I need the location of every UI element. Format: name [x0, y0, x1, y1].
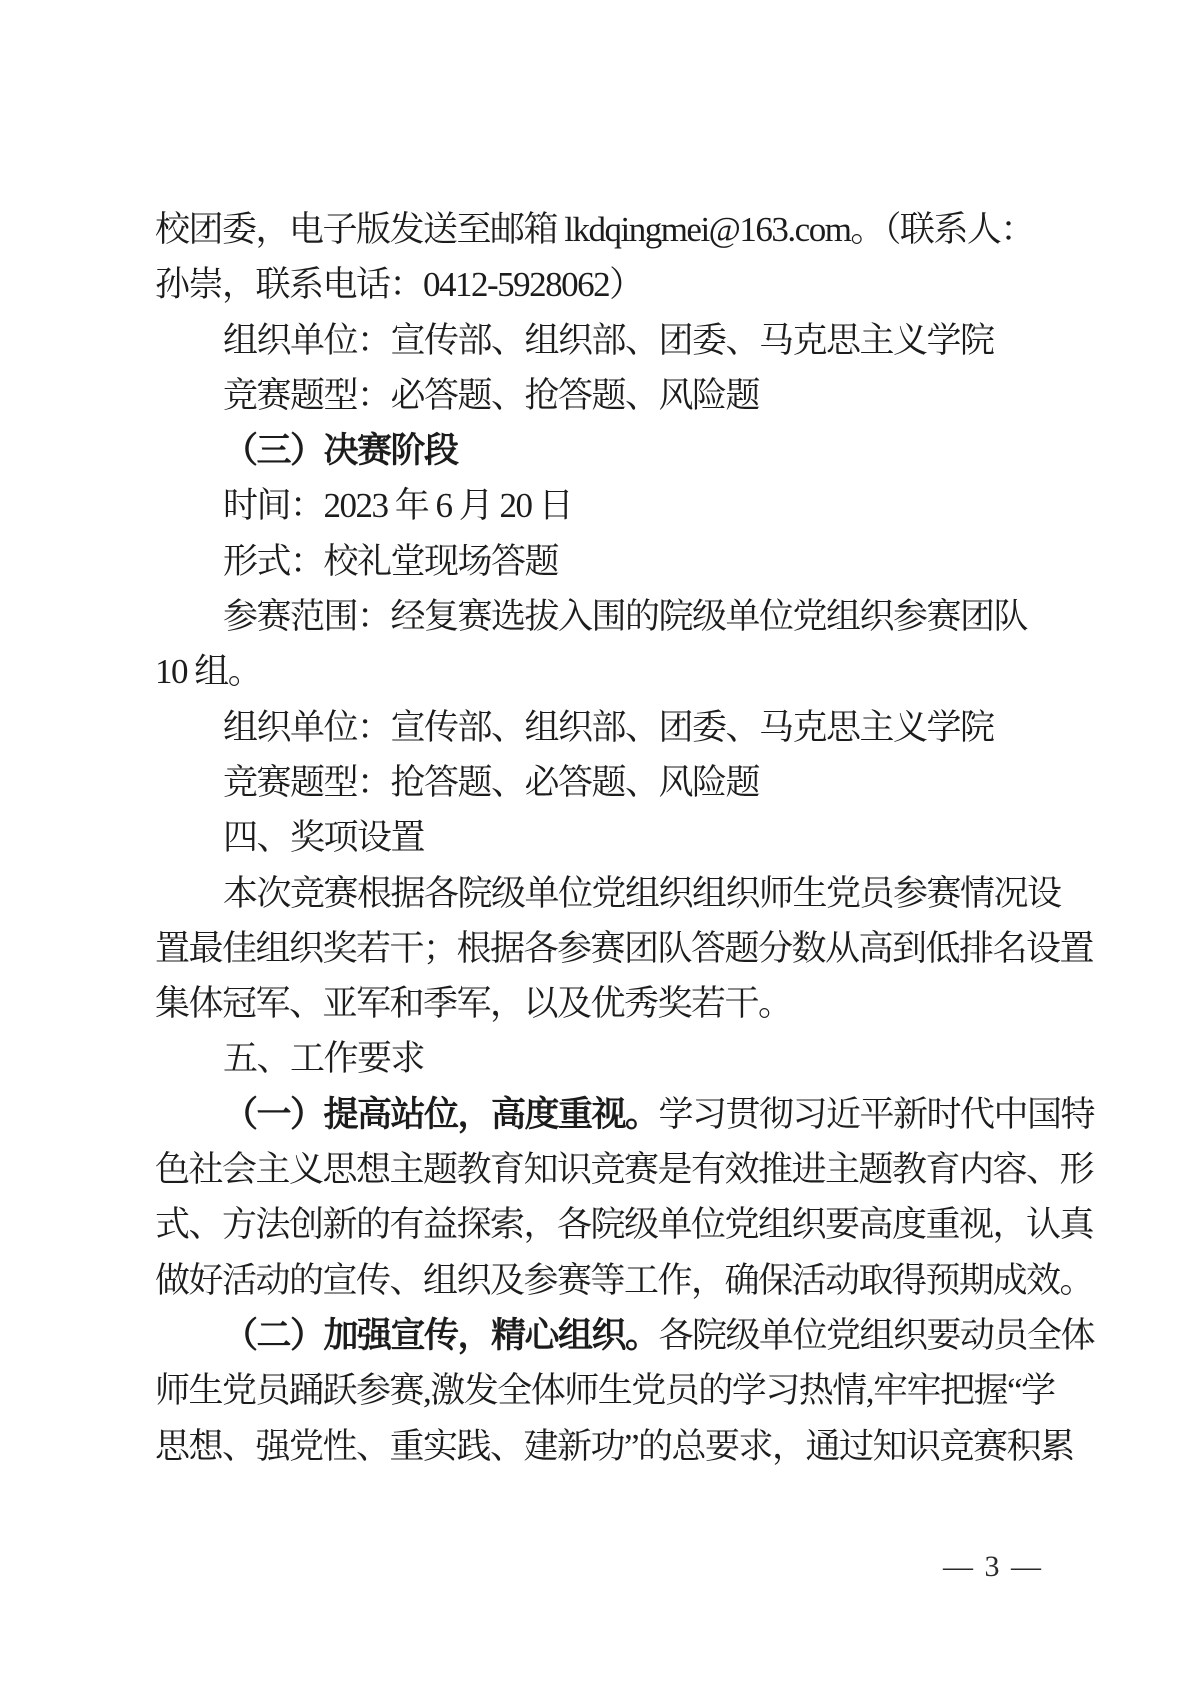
bold-heading: （二）加强宣传，精心组织。: [223, 1316, 659, 1355]
line-text: 参赛范围：经复赛选拔入围的院级单位党组织参赛团队: [223, 597, 1027, 636]
text-line: （三）决赛阶段: [155, 423, 1050, 478]
text-line: 式、方法创新的有益探索，各院级单位党组织要高度重视，认真: [155, 1197, 1050, 1252]
text-line: 集体冠军、亚军和季军，以及优秀奖若干。: [155, 976, 1050, 1031]
text-line: 竞赛题型：抢答题、必答题、风险题: [155, 755, 1050, 810]
line-text: 色社会主义思想主题教育知识竞赛是有效推进主题教育内容、形: [155, 1150, 1093, 1189]
line-text: 形式：校礼堂现场答题: [223, 542, 558, 581]
line-text: 孙崇，联系电话：0412-5928062）: [155, 265, 643, 304]
text-line: （一）提高站位，高度重视。学习贯彻习近平新时代中国特: [155, 1087, 1050, 1142]
text-line: 思想、强党性、重实践、建新功”的总要求，通过知识竞赛积累: [155, 1419, 1050, 1474]
line-text: 组织单位：宣传部、组织部、团委、马克思主义学院: [223, 708, 994, 747]
line-text: 置最佳组织奖若干；根据各参赛团队答题分数从高到低排名设置: [155, 929, 1093, 968]
text-line: 置最佳组织奖若干；根据各参赛团队答题分数从高到低排名设置: [155, 921, 1050, 976]
text-line: 四、奖项设置: [155, 810, 1050, 865]
text-line: 色社会主义思想主题教育知识竞赛是有效推进主题教育内容、形: [155, 1142, 1050, 1197]
line-text: 各院级单位党组织要动员全体: [659, 1316, 1095, 1355]
text-line: 师生党员踊跃参赛,激发全体师生党员的学习热情,牢牢把握“学: [155, 1363, 1050, 1418]
document-page: 校团委，电子版发送至邮箱 lkdqingmei@163.com。（联系人：孙崇，…: [0, 0, 1190, 1683]
line-text: 学习贯彻习近平新时代中国特: [659, 1095, 1095, 1134]
line-text: 组织单位：宣传部、组织部、团委、马克思主义学院: [223, 321, 994, 360]
text-line: 做好活动的宣传、组织及参赛等工作，确保活动取得预期成效。: [155, 1253, 1050, 1308]
line-text: 四、奖项设置: [223, 818, 424, 857]
page-number: — 3 —: [943, 1550, 1043, 1584]
text-line: 五、工作要求: [155, 1031, 1050, 1086]
text-line: 组织单位：宣传部、组织部、团委、马克思主义学院: [155, 700, 1050, 755]
text-line: 竞赛题型：必答题、抢答题、风险题: [155, 368, 1050, 423]
line-text: 本次竞赛根据各院级单位党组织组织师生党员参赛情况设: [223, 874, 1061, 913]
text-line: （二）加强宣传，精心组织。各院级单位党组织要动员全体: [155, 1308, 1050, 1363]
text-line: 校团委，电子版发送至邮箱 lkdqingmei@163.com。（联系人：: [155, 202, 1050, 257]
line-text: 10 组。: [155, 652, 261, 691]
line-text: 式、方法创新的有益探索，各院级单位党组织要高度重视，认真: [155, 1205, 1093, 1244]
line-text: 做好活动的宣传、组织及参赛等工作，确保活动取得预期成效。: [155, 1261, 1093, 1300]
line-text: 时间：2023 年 6 月 20 日: [223, 486, 572, 525]
line-text: 师生党员踊跃参赛,激发全体师生党员的学习热情,牢牢把握“学: [155, 1371, 1055, 1410]
line-text: 竞赛题型：抢答题、必答题、风险题: [223, 763, 759, 802]
line-text: 集体冠军、亚军和季军，以及优秀奖若干。: [155, 984, 792, 1023]
text-line: 10 组。: [155, 644, 1050, 699]
text-line: 组织单位：宣传部、组织部、团委、马克思主义学院: [155, 313, 1050, 368]
text-line: 本次竞赛根据各院级单位党组织组织师生党员参赛情况设: [155, 866, 1050, 921]
line-text: 思想、强党性、重实践、建新功”的总要求，通过知识竞赛积累: [155, 1427, 1074, 1466]
line-text: 竞赛题型：必答题、抢答题、风险题: [223, 376, 759, 415]
text-line: 形式：校礼堂现场答题: [155, 534, 1050, 589]
text-line: 孙崇，联系电话：0412-5928062）: [155, 257, 1050, 312]
bold-heading: （三）决赛阶段: [223, 431, 458, 470]
bold-heading: （一）提高站位，高度重视。: [223, 1095, 659, 1134]
line-text: 五、工作要求: [223, 1039, 424, 1078]
text-line: 时间：2023 年 6 月 20 日: [155, 478, 1050, 533]
line-text: 校团委，电子版发送至邮箱 lkdqingmei@163.com。（联系人：: [155, 210, 1034, 249]
text-line: 参赛范围：经复赛选拔入围的院级单位党组织参赛团队: [155, 589, 1050, 644]
document-body: 校团委，电子版发送至邮箱 lkdqingmei@163.com。（联系人：孙崇，…: [155, 202, 1050, 1474]
